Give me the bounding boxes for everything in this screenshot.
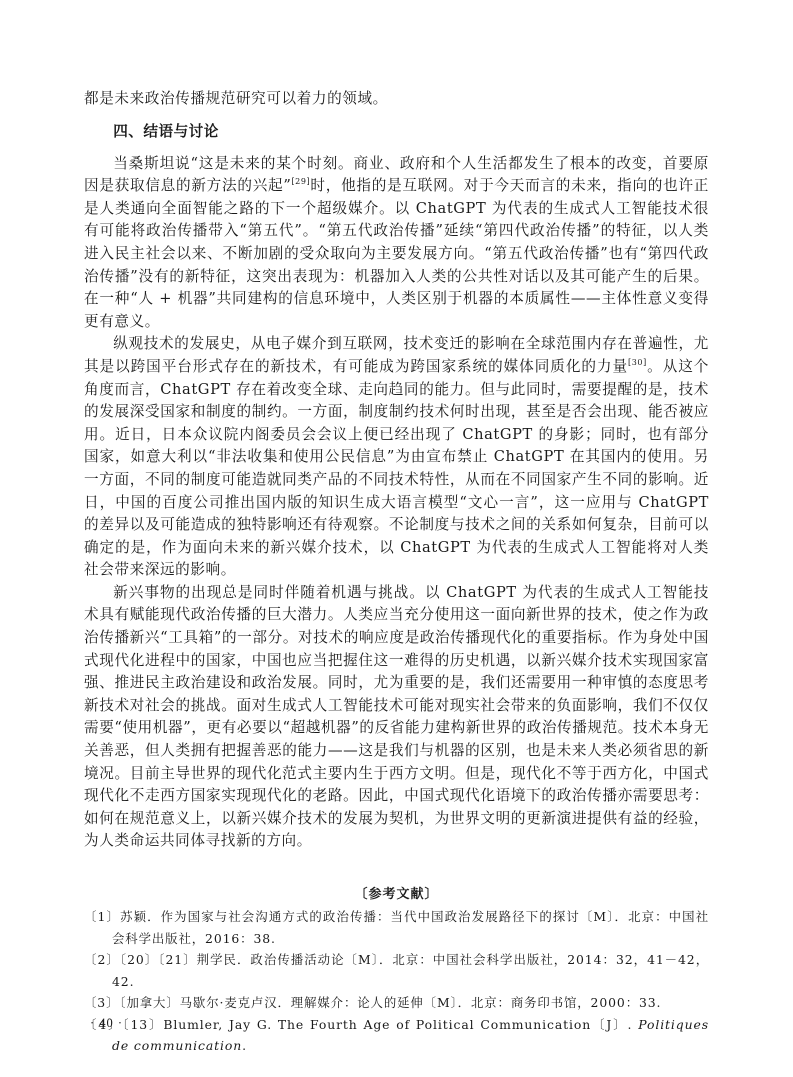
- page-number: · 40 ·: [90, 1016, 123, 1031]
- reference-item: 〔4〕〔13〕Blumler, Jay G. The Fourth Age of…: [84, 1014, 709, 1057]
- paragraph-text: 时，他指的是互联网。对于今天而言的未来，指向的也许正是人类通向全面智能之路的下一…: [84, 177, 709, 330]
- reference-text: 〔4〕〔13〕Blumler, Jay G. The Fourth Age of…: [84, 1017, 638, 1032]
- article-page: 都是未来政治传播规范研究可以着力的领域。 四、结语与讨论 当桑斯坦说“这是未来的…: [84, 88, 709, 1057]
- reference-item: 〔2〕〔20〕〔21〕荆学民．政治传播活动论〔M〕．北京：中国社会科学出版社，2…: [84, 949, 709, 992]
- citation-marker: [30]: [628, 358, 647, 367]
- lead-paragraph-end: 都是未来政治传播规范研究可以着力的领域。: [84, 88, 709, 111]
- body-paragraph-2: 纵观技术的发展史，从电子媒介到互联网，技术变迁的影响在全球范围内存在普遍性，尤其…: [84, 333, 709, 582]
- paragraph-text: 。从这个角度而言，ChatGPT 存在着改变全球、走向趋同的能力。但与此同时，需…: [84, 358, 709, 578]
- reference-text: 〔3〕〔加拿大〕马歇尔·麦克卢汉．理解媒介：论人的延伸〔M〕．北京：商务印书馆，…: [84, 995, 661, 1010]
- reference-item: 〔3〕〔加拿大〕马歇尔·麦克卢汉．理解媒介：论人的延伸〔M〕．北京：商务印书馆，…: [84, 992, 709, 1014]
- reference-text: 〔2〕〔20〕〔21〕荆学民．政治传播活动论〔M〕．北京：中国社会科学出版社，2…: [84, 952, 709, 989]
- reference-text: 〔1〕苏颖．作为国家与社会沟通方式的政治传播：当代中国政治发展路径下的探讨〔M〕…: [84, 909, 709, 946]
- reference-tail: .: [242, 1038, 247, 1053]
- body-paragraph-1: 当桑斯坦说“这是未来的某个时刻。商业、政府和个人生活都发生了根本的改变，首要原因…: [84, 153, 709, 334]
- reference-item: 〔1〕苏颖．作为国家与社会沟通方式的政治传播：当代中国政治发展路径下的探讨〔M〕…: [84, 906, 709, 949]
- citation-marker: [29]: [291, 177, 310, 186]
- reference-list: 〔1〕苏颖．作为国家与社会沟通方式的政治传播：当代中国政治发展路径下的探讨〔M〕…: [84, 906, 709, 1057]
- paragraph-text: 纵观技术的发展史，从电子媒介到互联网，技术变迁的影响在全球范围内存在普遍性，尤其…: [84, 335, 709, 375]
- paragraph-text: 新兴事物的出现总是同时伴随着机遇与挑战。以 ChatGPT 为代表的生成式人工智…: [84, 584, 709, 850]
- body-paragraph-3: 新兴事物的出现总是同时伴随着机遇与挑战。以 ChatGPT 为代表的生成式人工智…: [84, 582, 709, 853]
- section-heading: 四、结语与讨论: [84, 121, 709, 143]
- references-heading: 〔参考文献〕: [84, 883, 709, 902]
